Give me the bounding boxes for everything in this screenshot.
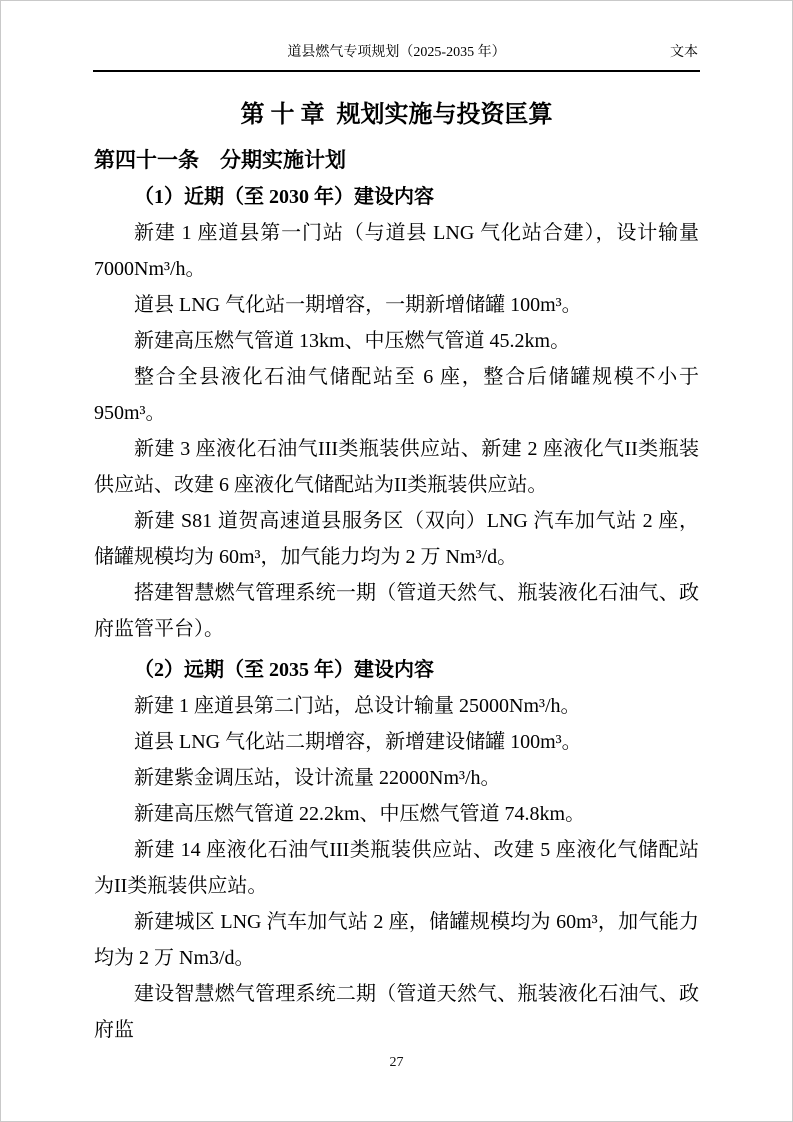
body-paragraph: 新建紫金调压站，设计流量 22000Nm³/h。 [94,760,699,796]
body-paragraph: 新建高压燃气管道 22.2km、中压燃气管道 74.8km。 [94,796,699,832]
header-title: 道县燃气专项规划（2025-2035 年） [287,45,505,60]
body-paragraph: 新建 14 座液化石油气III类瓶装供应站、改建 5 座液化气储配站为II类瓶装… [94,832,699,904]
header-doc-type-label: 文本 [670,45,698,61]
article-heading: 第四十一条 分期实施计划 [94,146,699,174]
body-paragraph: 新建 1 座道县第二门站，总设计输量 25000Nm³/h。 [94,688,699,724]
body-paragraph: 道县 LNG 气化站二期增容，新增建设储罐 100m³。 [94,724,699,760]
chapter-title: 第 十 章 规划实施与投资匡算 [94,100,699,130]
body-paragraph: 整合全县液化石油气储配站至 6 座，整合后储罐规模不小于 950m³。 [94,359,699,431]
body-paragraph: 新建城区 LNG 汽车加气站 2 座，储罐规模均为 60m³，加气能力均为 2 … [94,904,699,976]
body-paragraph: 建设智慧燃气管理系统二期（管道天然气、瓶装液化石油气、政府监 [94,976,699,1048]
body-paragraph: 新建 3 座液化石油气III类瓶装供应站、新建 2 座液化气II类瓶装供应站、改… [94,431,699,503]
body-paragraph: 搭建智慧燃气管理系统一期（管道天然气、瓶装液化石油气、政府监管平台）。 [94,575,699,647]
body-paragraph: 新建高压燃气管道 13km、中压燃气管道 45.2km。 [94,323,699,359]
page-header: 道县燃气专项规划（2025-2035 年） 文本 [93,1,700,72]
body-paragraph: 新建 S81 道贺高速道县服务区（双向）LNG 汽车加气站 2 座，储罐规模均为… [94,503,699,575]
section-heading-near-term: （1）近期（至 2030 年）建设内容 [94,179,699,215]
section-heading-long-term: （2）远期（至 2035 年）建设内容 [94,652,699,688]
body-paragraph: 道县 LNG 气化站一期增容，一期新增储罐 100m³。 [94,287,699,323]
document-page: 道县燃气专项规划（2025-2035 年） 文本 第 十 章 规划实施与投资匡算… [0,0,793,1122]
body-paragraph: 新建 1 座道县第一门站（与道县 LNG 气化站合建），设计输量 7000Nm³… [94,215,699,287]
page-number: 27 [1,1055,792,1071]
